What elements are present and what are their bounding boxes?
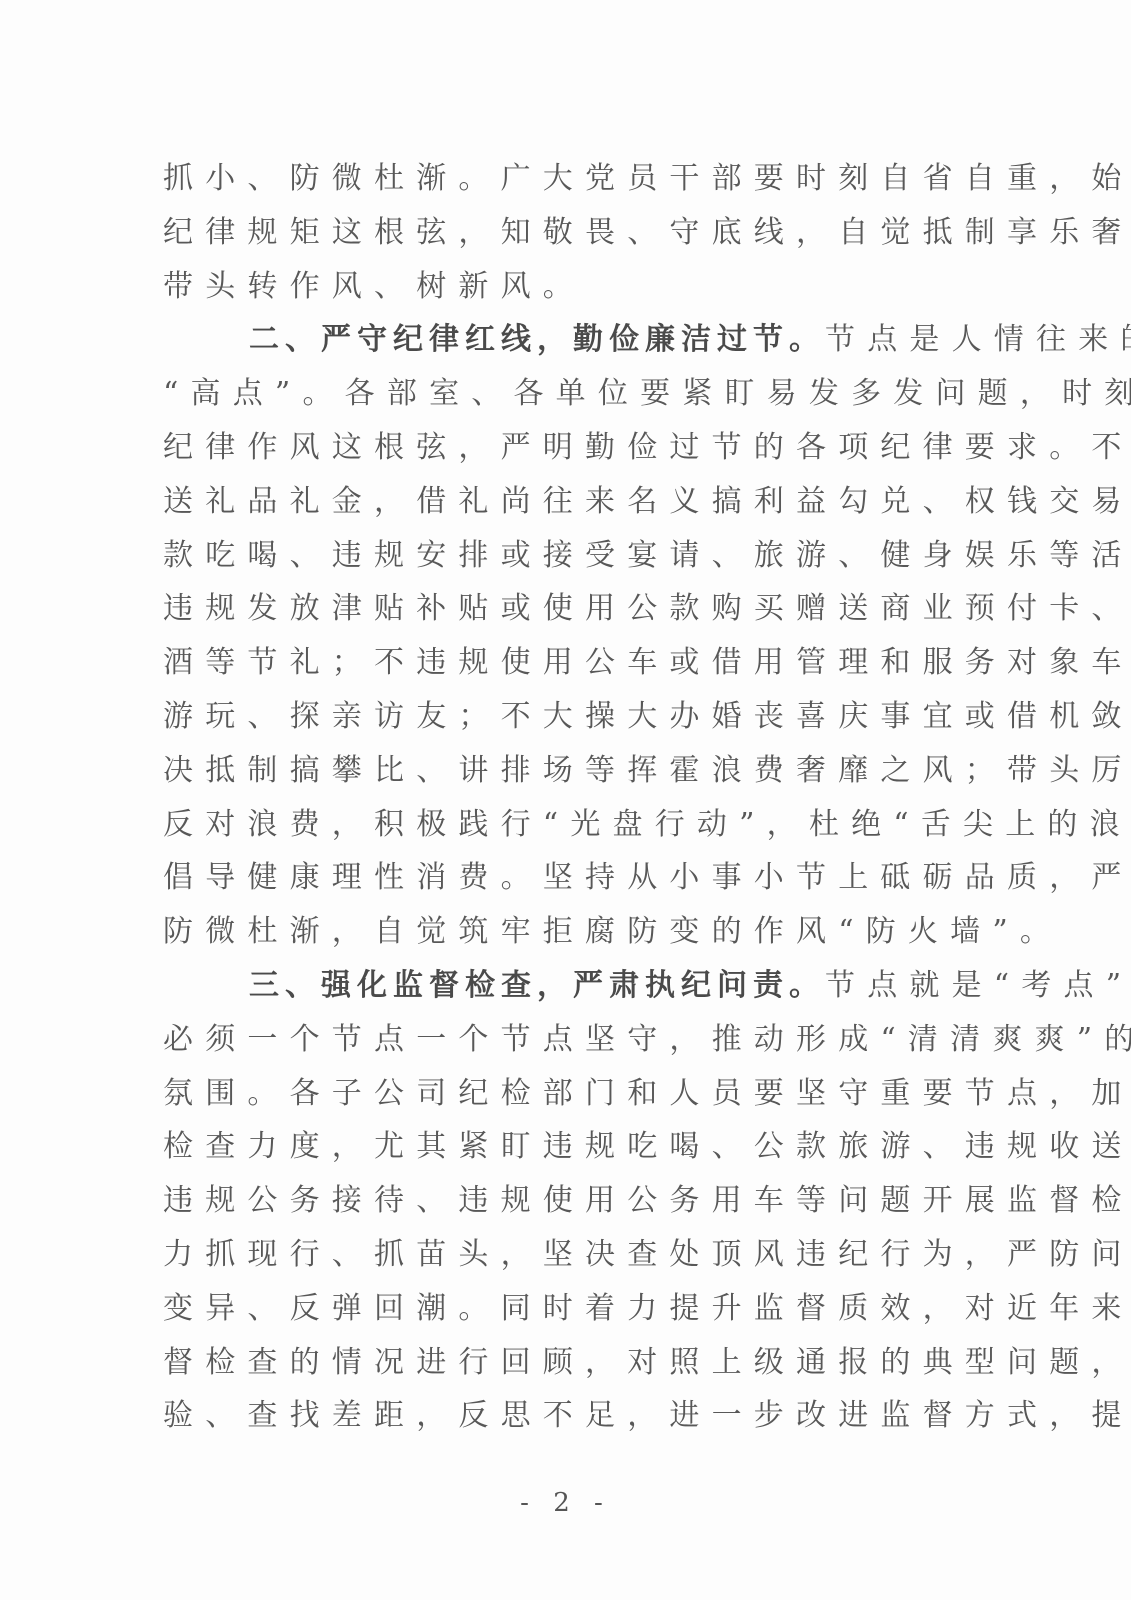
page-number: - 2 - bbox=[0, 1488, 1131, 1518]
paragraph-3-line-6: 力抓现行、抓苗头，坚决查处顶风违纪行为，严防问题隐形 bbox=[163, 1228, 943, 1282]
section-2-heading: 二、严守纪律红线，勤俭廉洁过节。 bbox=[249, 322, 825, 357]
paragraph-2-line-12: 防微杜渐，自觉筑牢拒腐防变的作风“防火墙”。 bbox=[163, 905, 943, 959]
document-page: 抓小、防微杜渐。广大党员干部要时刻自省自重，始终绷紧 纪律规矩这根弦，知敬畏、守… bbox=[0, 0, 1131, 1600]
paragraph-2-line-2: “高点”。各部室、各单位要紧盯易发多发问题，时刻绷紧 bbox=[163, 367, 943, 421]
paragraph-3-line-3: 氛围。各子公司纪检部门和人员要坚守重要节点，加大监督 bbox=[163, 1067, 943, 1121]
paragraph-3-line-1: 三、强化监督检查，严肃执纪问责。节点就是“考点”， bbox=[163, 959, 943, 1013]
paragraph-2-line-5: 款吃喝、违规安排或接受宴请、旅游、健身娱乐等活动；不 bbox=[163, 529, 943, 583]
paragraph-2-line-7: 酒等节礼；不违规使用公车或借用管理和服务对象车辆踏青 bbox=[163, 636, 943, 690]
paragraph-3-line-7: 变异、反弹回潮。同时着力提升监督质效，对近年来开展监 bbox=[163, 1282, 943, 1336]
paragraph-1-line-3: 带头转作风、树新风。 bbox=[163, 260, 943, 314]
paragraph-2-line-10: 反对浪费，积极践行“光盘行动”，杜绝“舌尖上的浪费”， bbox=[163, 798, 943, 852]
paragraph-1-line-2: 纪律规矩这根弦，知敬畏、守底线，自觉抵制享乐奢靡歪风， bbox=[163, 206, 943, 260]
paragraph-2-line-4: 送礼品礼金，借礼尚往来名义搞利益勾兑、权钱交易；不公 bbox=[163, 475, 943, 529]
paragraph-2-line-3: 纪律作风这根弦，严明勤俭过节的各项纪律要求。不违规收 bbox=[163, 421, 943, 475]
paragraph-2-line-11: 倡导健康理性消费。坚持从小事小节上砥砺品质，严以修身、 bbox=[163, 851, 943, 905]
paragraph-2-line-8: 游玩、探亲访友；不大操大办婚丧喜庆事宜或借机敛财，坚 bbox=[163, 690, 943, 744]
paragraph-2-line-1: 二、严守纪律红线，勤俭廉洁过节。节点是人情往来的 bbox=[163, 313, 943, 367]
document-body: 抓小、防微杜渐。广大党员干部要时刻自省自重，始终绷紧 纪律规矩这根弦，知敬畏、守… bbox=[163, 152, 943, 1443]
paragraph-3-line-4: 检查力度，尤其紧盯违规吃喝、公款旅游、违规收送礼品、 bbox=[163, 1120, 943, 1174]
section-3-heading: 三、强化监督检查，严肃执纪问责。 bbox=[249, 968, 825, 1003]
paragraph-2-line-6: 违规发放津贴补贴或使用公款购买赠送商业预付卡、高档烟 bbox=[163, 582, 943, 636]
paragraph-3-line-5: 违规公务接待、违规使用公务用车等问题开展监督检查，着 bbox=[163, 1174, 943, 1228]
paragraph-1-line-1: 抓小、防微杜渐。广大党员干部要时刻自省自重，始终绷紧 bbox=[163, 152, 943, 206]
section-2-first-line-text: 节点是人情往来的 bbox=[825, 322, 1131, 357]
paragraph-2-line-9: 决抵制搞攀比、讲排场等挥霍浪费奢靡之风；带头厉行节约、 bbox=[163, 744, 943, 798]
paragraph-3-line-2: 必须一个节点一个节点坚守，推动形成“清清爽爽”的过节 bbox=[163, 1013, 943, 1067]
paragraph-3-line-8: 督检查的情况进行回顾，对照上级通报的典型问题，总结经 bbox=[163, 1336, 943, 1390]
section-3-first-line-text: 节点就是“考点”， bbox=[825, 968, 1131, 1003]
paragraph-3-line-9: 验、查找差距，反思不足，进一步改进监督方式，提升监督 bbox=[163, 1389, 943, 1443]
